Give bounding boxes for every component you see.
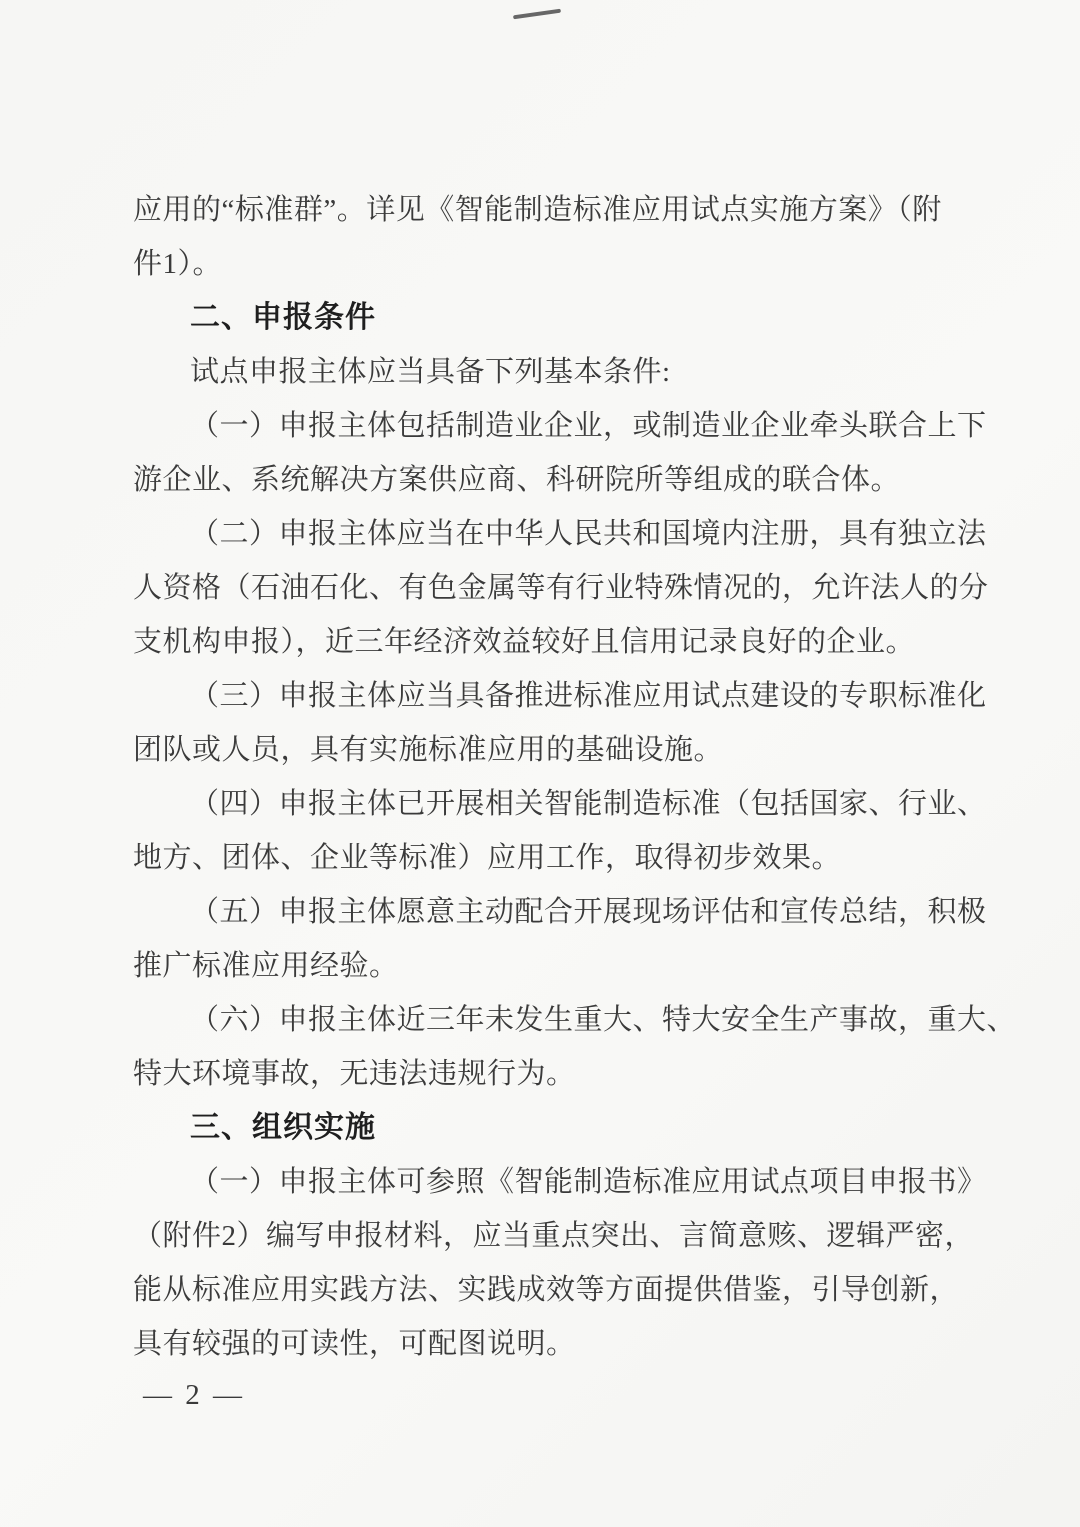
document-body: 应用的“标准群”。详见《智能制造标准应用试点实施方案》（附 件1）。 二、申报条… xyxy=(133,183,973,1412)
paragraph-line: 件1）。 xyxy=(133,237,973,291)
paragraph-line: 应用的“标准群”。详见《智能制造标准应用试点实施方案》（附 xyxy=(133,183,973,237)
paragraph-line: 支机构申报），近三年经济效益较好且信用记录良好的企业。 xyxy=(133,615,973,669)
scan-artifact-stroke xyxy=(513,9,561,20)
paragraph-line: （附件2）编写申报材料，应当重点突出、言简意赅、逻辑严密， xyxy=(133,1209,973,1263)
paragraph-line: （四）申报主体已开展相关智能制造标准（包括国家、行业、 xyxy=(133,777,973,831)
paragraph-line: 游企业、系统解决方案供应商、科研院所等组成的联合体。 xyxy=(133,453,973,507)
paragraph-line: （二）申报主体应当在中华人民共和国境内注册，具有独立法 xyxy=(133,507,973,561)
paragraph-line: 推广标准应用经验。 xyxy=(133,939,973,993)
paragraph-line: （六）申报主体近三年未发生重大、特大安全生产事故，重大、 xyxy=(133,993,973,1047)
paragraph-line: 特大环境事故，无违法违规行为。 xyxy=(133,1047,973,1101)
section-heading-3: 三、组织实施 xyxy=(133,1101,973,1155)
paragraph-line: 具有较强的可读性，可配图说明。 xyxy=(133,1317,973,1371)
paragraph-line: 试点申报主体应当具备下列基本条件: xyxy=(133,345,973,399)
page-number: — 2 — xyxy=(143,1379,973,1412)
paragraph-line: 团队或人员，具有实施标准应用的基础设施。 xyxy=(133,723,973,777)
paragraph-line: （五）申报主体愿意主动配合开展现场评估和宣传总结，积极 xyxy=(133,885,973,939)
paragraph-line: （一）申报主体可参照《智能制造标准应用试点项目申报书》 xyxy=(133,1155,973,1209)
document-page: 应用的“标准群”。详见《智能制造标准应用试点实施方案》（附 件1）。 二、申报条… xyxy=(0,0,1080,1527)
paragraph-line: 地方、团体、企业等标准）应用工作，取得初步效果。 xyxy=(133,831,973,885)
paragraph-line: 能从标准应用实践方法、实践成效等方面提供借鉴，引导创新， xyxy=(133,1263,973,1317)
paragraph-line: （一）申报主体包括制造业企业，或制造业企业牵头联合上下 xyxy=(133,399,973,453)
paragraph-line: 人资格（石油石化、有色金属等有行业特殊情况的，允许法人的分 xyxy=(133,561,973,615)
section-heading-2: 二、申报条件 xyxy=(133,291,973,345)
paragraph-line: （三）申报主体应当具备推进标准应用试点建设的专职标准化 xyxy=(133,669,973,723)
